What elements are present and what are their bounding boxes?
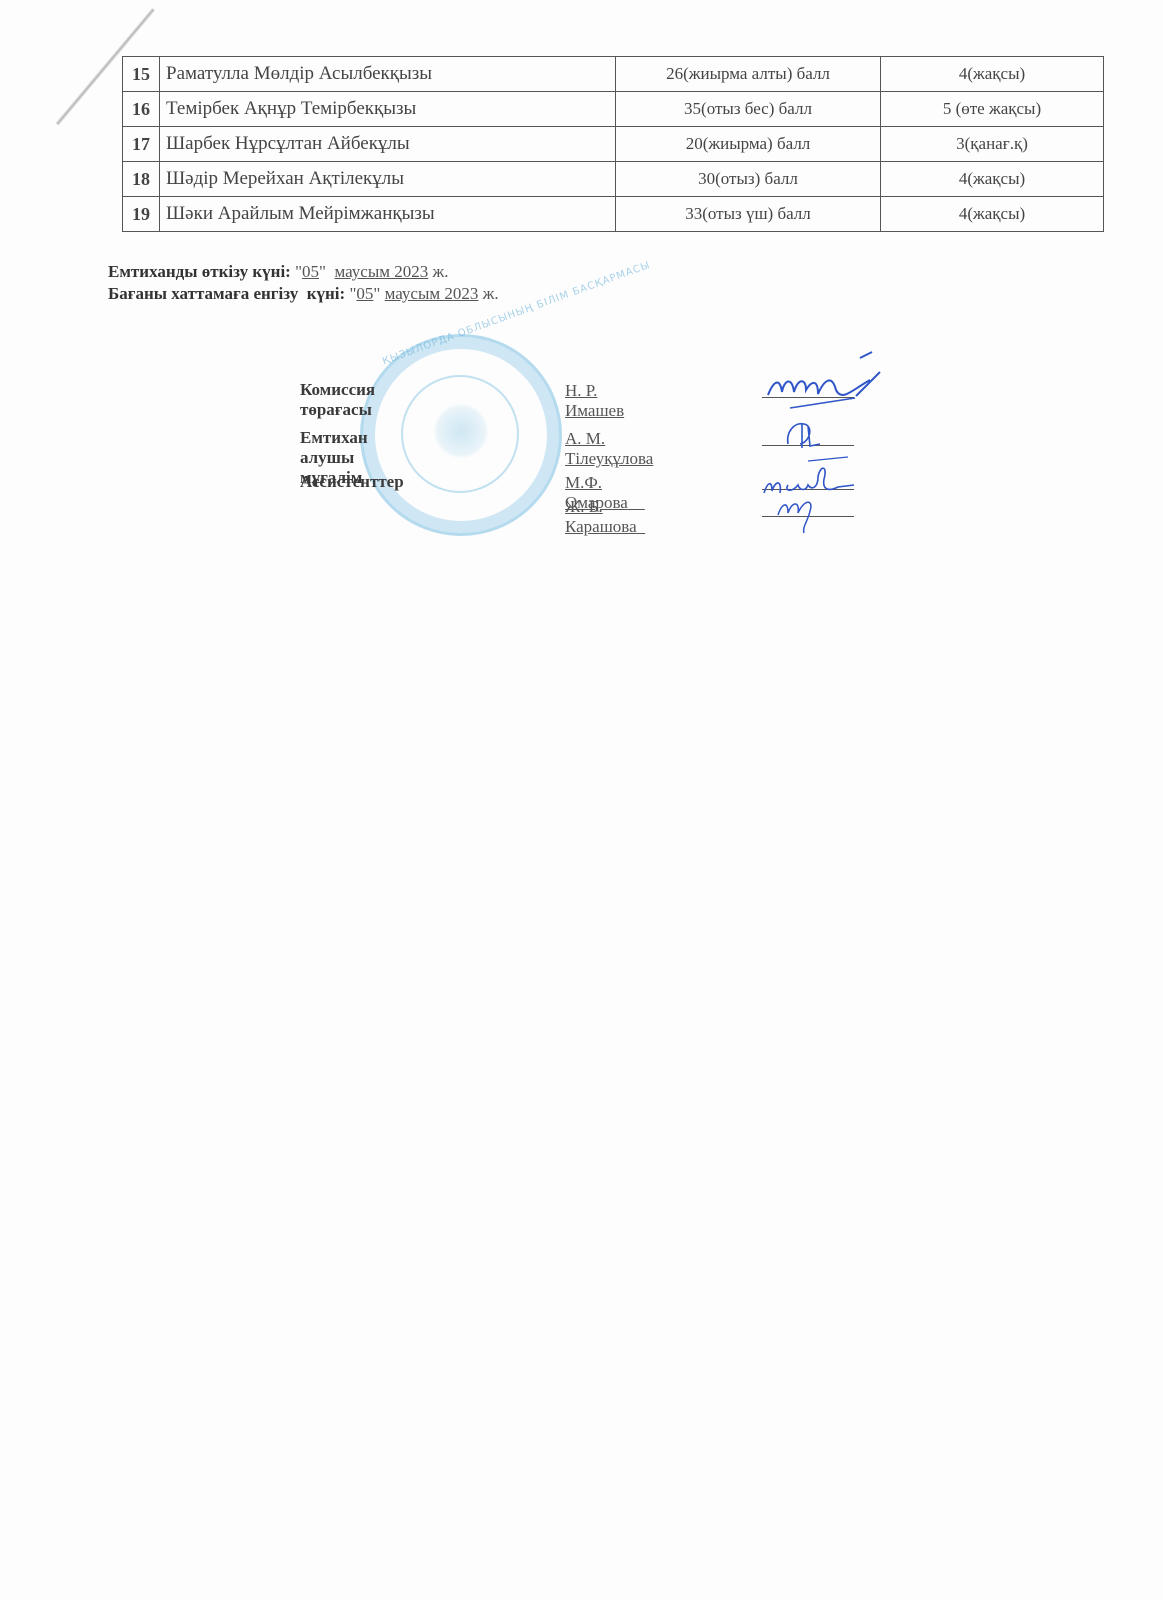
chair-role: Комиссия төрағасы — [300, 380, 375, 420]
table-row: 16 Темірбек Ақнұр Темірбекқызы 35(отыз б… — [123, 92, 1104, 127]
assistants-signatures — [758, 455, 868, 535]
student-grade: 4(жақсы) — [881, 197, 1104, 232]
student-grade: 5 (өте жақсы) — [881, 92, 1104, 127]
student-name: Шәдір Мерейхан Ақтілекұлы — [160, 162, 616, 197]
table-row: 18 Шәдір Мерейхан Ақтілекұлы 30(отыз) ба… — [123, 162, 1104, 197]
entry-month-year: маусым 2023 — [385, 284, 479, 303]
student-grade: 4(жақсы) — [881, 57, 1104, 92]
assistant-2-name-text: Ж. Б. Карашова — [565, 497, 637, 536]
student-score: 20(жиырма) балл — [616, 127, 881, 162]
student-name: Шәки Арайлым Мейрімжанқызы — [160, 197, 616, 232]
examiner-name: А. М. Тілеуқұлова — [565, 429, 653, 469]
quote-close: " — [373, 284, 380, 303]
row-number: 16 — [123, 92, 160, 127]
row-number: 18 — [123, 162, 160, 197]
student-grade: 3(қанағ.қ) — [881, 127, 1104, 162]
table-row: 17 Шарбек Нұрсұлтан Айбекұлы 20(жиырма) … — [123, 127, 1104, 162]
chair-name: Н. Р. Имашев — [565, 381, 624, 421]
table-row: 15 Раматулла Мөлдір Асылбекқызы 26(жиырм… — [123, 57, 1104, 92]
row-number: 15 — [123, 57, 160, 92]
student-score: 26(жиырма алты) балл — [616, 57, 881, 92]
student-name: Шарбек Нұрсұлтан Айбекұлы — [160, 127, 616, 162]
assistants-role: Ассистенттер — [300, 472, 404, 492]
quote-open: " — [295, 262, 302, 281]
quote-close: " — [319, 262, 326, 281]
emblem-icon — [433, 403, 489, 459]
chair-signature — [760, 350, 890, 420]
row-number: 19 — [123, 197, 160, 232]
exam-suffix: ж. — [433, 262, 449, 281]
exam-date-line: Емтиханды өткізу күні: "05" маусым 2023 … — [108, 261, 499, 283]
student-score: 30(отыз) балл — [616, 162, 881, 197]
entry-date-label: Бағаны хаттамаға енгізу күні: — [108, 284, 345, 303]
student-name: Раматулла Мөлдір Асылбекқызы — [160, 57, 616, 92]
exam-month-year: маусым 2023 — [334, 262, 428, 281]
exam-date-label: Емтиханды өткізу күні: — [108, 262, 291, 281]
entry-date-line: Бағаны хаттамаға енгізу күні: "05" маусы… — [108, 283, 499, 305]
examiner-signature — [780, 414, 840, 454]
row-number: 17 — [123, 127, 160, 162]
dates-block: Емтиханды өткізу күні: "05" маусым 2023 … — [108, 261, 499, 305]
entry-suffix: ж. — [483, 284, 499, 303]
official-stamp: ҚЫЗЫЛОРДА ОБЛЫСЫНЫҢ БІЛІМ БАСҚАРМАСЫ — [360, 334, 562, 536]
student-score: 35(отыз бес) балл — [616, 92, 881, 127]
assistant-2-name: Ж. Б. Карашова — [565, 497, 645, 537]
student-grade: 4(жақсы) — [881, 162, 1104, 197]
student-score: 33(отыз үш) балл — [616, 197, 881, 232]
grades-table: 15 Раматулла Мөлдір Асылбекқызы 26(жиырм… — [122, 56, 1104, 232]
exam-day: 05 — [302, 262, 319, 281]
table-row: 19 Шәки Арайлым Мейрімжанқызы 33(отыз үш… — [123, 197, 1104, 232]
entry-day: 05 — [356, 284, 373, 303]
student-name: Темірбек Ақнұр Темірбекқызы — [160, 92, 616, 127]
